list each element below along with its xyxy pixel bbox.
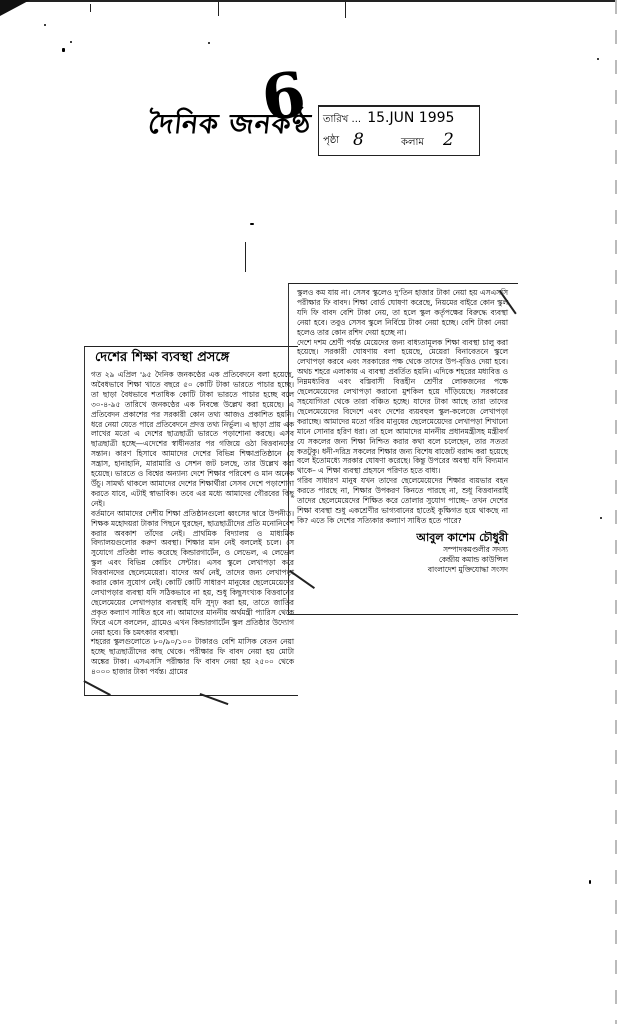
stamp-date-label: তারিখ ... xyxy=(323,114,361,125)
scan-top-edge xyxy=(0,0,617,2)
author-title: সম্পাদকমণ্ডলীর সদস্য xyxy=(297,545,508,555)
article-paragraph: বর্তমানে আমাদের দেশীয় শিক্ষা প্রতিষ্ঠান… xyxy=(91,509,294,638)
article-paragraph: শহরের স্কুলগুলোতে ৮০/৯০/১০০ টাকারও বেশি … xyxy=(91,637,294,677)
stamp-page-label: পৃষ্ঠা xyxy=(323,135,339,146)
speck xyxy=(62,48,65,52)
stamp-column-label: কলাম xyxy=(401,135,424,152)
stamp-date-value: 15.JUN 1995 xyxy=(367,110,454,126)
scan-mark xyxy=(245,242,246,272)
article-paragraph: দেশে দশম শ্রেণী পর্যন্ত মেয়েদের জন্য বা… xyxy=(297,338,508,477)
stamp-page-value: 8 xyxy=(353,130,364,150)
article-headline: দেশের শিক্ষা ব্যবস্থা প্রসঙ্গে xyxy=(95,349,294,367)
scanned-page: 6 দৈনিক জনকণ্ঠ তারিখ ... 15.JUN 1995 পৃষ… xyxy=(0,0,617,1024)
author-title: বাংলাদেশ মুক্তিযোদ্ধা সংসদ xyxy=(297,565,508,575)
stamp-column-value: 2 xyxy=(443,130,454,150)
speck xyxy=(70,41,72,43)
author-name: আবুল কাশেম চৌধুরী xyxy=(297,530,508,545)
speck xyxy=(250,223,254,225)
speck xyxy=(600,517,602,519)
speck xyxy=(44,24,46,26)
date-stamp: তারিখ ... 15.JUN 1995 পৃষ্ঠা 8 কলাম 2 xyxy=(318,105,480,156)
newspaper-masthead: দৈনিক জনকণ্ঠ xyxy=(146,104,314,149)
author-signature: আবুল কাশেম চৌধুরী সম্পাদকমণ্ডলীর সদস্য ক… xyxy=(297,530,508,575)
speck xyxy=(208,42,210,44)
article-clip-right: স্কুলও কম যায় না। সেসব স্কুলেও দু'তিন হ… xyxy=(288,283,518,615)
article-paragraph: গরিব সাধারণ মানুষ যখন তাদের ছেলেমেয়েদের… xyxy=(297,476,508,526)
article-paragraph: গত ২৯ এপ্রিল '৯৫ দৈনিক জনকণ্ঠের এক প্রতি… xyxy=(91,370,294,509)
scan-mark xyxy=(90,4,91,12)
author-title: কেন্দ্রীয় কমান্ড কাউন্সিল xyxy=(297,555,508,565)
article-paragraph: স্কুলও কম যায় না। সেসব স্কুলেও দু'তিন হ… xyxy=(297,288,508,338)
scan-corner-shadow xyxy=(0,0,30,16)
speck xyxy=(597,58,599,60)
scan-mark xyxy=(345,2,346,18)
article-clip-left: দেশের শিক্ষা ব্যবস্থা প্রসঙ্গে গত ২৯ এপ্… xyxy=(84,346,298,696)
speck xyxy=(589,880,591,884)
scan-mark xyxy=(218,2,219,16)
